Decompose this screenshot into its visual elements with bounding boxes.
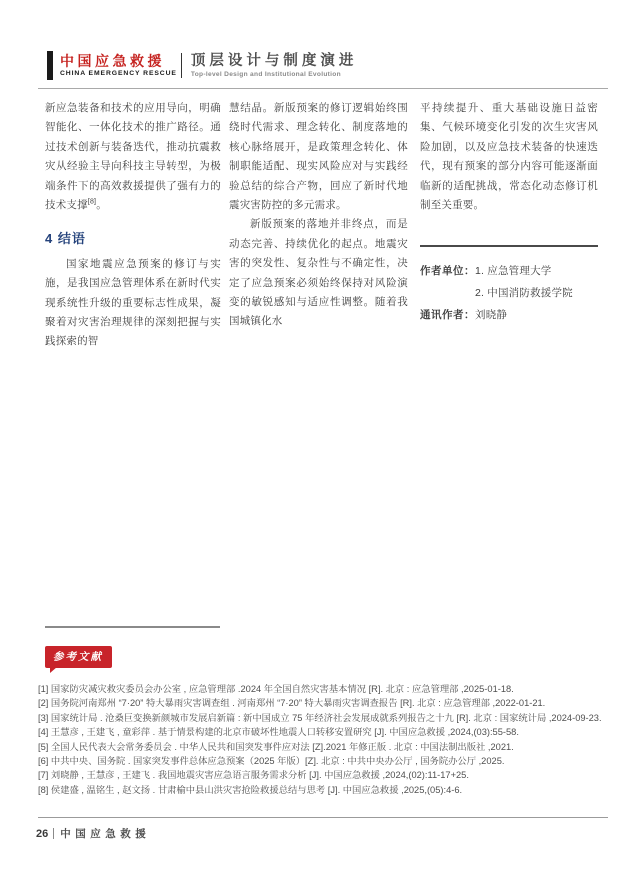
reference-item: [7] 刘晓静 , 王慧彦 , 王建飞 . 我国地震灾害应急语言服务需求分析 [… [38, 768, 613, 782]
section-title-cn: 顶层设计与制度演进 [191, 53, 358, 70]
journal-logo-cn: 中国应急救援 [60, 53, 177, 69]
body-paragraph: 新版预案的落地并非终点，而是动态完善、持续优化的起点。地震灾害的突发性、复杂性与… [229, 215, 408, 331]
footer-rule [38, 817, 608, 818]
text-column-3: 平持续提升、重大基础设施日益密集、气候环境变化引发的次生灾害风险加剧，以及应急技… [420, 99, 598, 326]
reference-item: [2] 国务院河南郑州 “7·20” 特大暴雨灾害调查组 . 河南郑州 “7·2… [38, 696, 613, 710]
footer-journal-name: 中国应急救援 [60, 826, 150, 841]
affiliation-row: 作者单位： 1. 应急管理大学 2. 中国消防救援学院 [420, 260, 598, 304]
section-title-block: 顶层设计与制度演进 Top-level Design and Instituti… [191, 53, 358, 79]
affiliation-values: 1. 应急管理大学 2. 中国消防救援学院 [475, 260, 598, 304]
reference-item: [3] 国家统计局 . 沧桑巨变换新颜城市发展启新篇 : 新中国成立 75 年经… [38, 711, 613, 725]
citation-superscript: [8] [88, 199, 96, 206]
reference-item: [8] 侯建盛 , 温铭生 , 赵文扬 . 甘肃榆中县山洪灾害抢险救援总结与思考… [38, 783, 613, 797]
reference-item: [4] 王慧彦 , 王建飞 , 童彩萍 . 基于情景构建的北京市破坏性地震人口转… [38, 725, 613, 739]
journal-logo: 中国应急救援 CHINA EMERGENCY RESCUE [60, 53, 177, 79]
body-paragraph: 慧结晶。新版预案的修订逻辑始终围绕时代需求、理念转化、制度落地的核心脉络展开，是… [229, 99, 408, 215]
affiliation-label: 作者单位： [420, 260, 475, 304]
reference-item: [1] 国家防灾减灾救灾委员会办公室 , 应急管理部 .2024 年全国自然灾害… [38, 682, 613, 696]
body-paragraph: 新应急装备和技术的应用导向，明确智能化、一体化技术的推广路径。通过技术创新与装备… [45, 99, 221, 215]
paragraph-text: 新应急装备和技术的应用导向，明确智能化、一体化技术的推广路径。通过技术创新与装备… [45, 102, 221, 211]
corresponding-author-label: 通讯作者： [420, 304, 475, 326]
text-column-2: 慧结晶。新版预案的修订逻辑始终围绕时代需求、理念转化、制度落地的核心脉络展开，是… [229, 99, 408, 332]
logo-bar-accent [47, 51, 53, 80]
body-paragraph: 国家地震应急预案的修订与实施，是我国应急管理体系在新时代实现系统性升级的重要标志… [45, 255, 221, 352]
conclusion-heading: 4 结语 [45, 229, 221, 248]
page-header: 中国应急救援 CHINA EMERGENCY RESCUE 顶层设计与制度演进 … [47, 51, 357, 80]
footer-divider [53, 828, 54, 839]
references-badge: 参考文献 [45, 646, 112, 668]
corresponding-author-row: 通讯作者： 刘晓静 [420, 304, 598, 326]
page-footer: 26 中国应急救援 [36, 826, 150, 841]
header-rule [38, 88, 608, 89]
text-column-1: 新应急装备和技术的应用导向，明确智能化、一体化技术的推广路径。通过技术创新与装备… [45, 99, 221, 352]
page-number: 26 [36, 828, 48, 840]
section-title-en: Top-level Design and Institutional Evolu… [191, 70, 358, 79]
reference-item: [5] 全国人民代表大会常务委员会 . 中华人民共和国突发事件应对法 [Z].2… [38, 740, 613, 754]
affiliation-1: 1. 应急管理大学 [475, 260, 598, 282]
paragraph-text: 。 [96, 199, 107, 211]
journal-logo-en: CHINA EMERGENCY RESCUE [60, 69, 177, 79]
corresponding-author-name: 刘晓静 [475, 304, 598, 326]
journal-page: 中国应急救援 CHINA EMERGENCY RESCUE 顶层设计与制度演进 … [0, 0, 640, 869]
reference-list: [1] 国家防灾减灾救灾委员会办公室 , 应急管理部 .2024 年全国自然灾害… [38, 682, 613, 797]
affiliation-2: 2. 中国消防救援学院 [475, 282, 598, 304]
header-divider [181, 53, 182, 78]
body-paragraph: 平持续提升、重大基础设施日益密集、气候环境变化引发的次生灾害风险加剧，以及应急技… [420, 99, 598, 215]
article-end-rule [45, 626, 220, 628]
author-info-block: 作者单位： 1. 应急管理大学 2. 中国消防救援学院 通讯作者： 刘晓静 [420, 245, 598, 326]
reference-item: [6] 中共中央、国务院 . 国家突发事件总体应急预案（2025 年版）[Z].… [38, 754, 613, 768]
